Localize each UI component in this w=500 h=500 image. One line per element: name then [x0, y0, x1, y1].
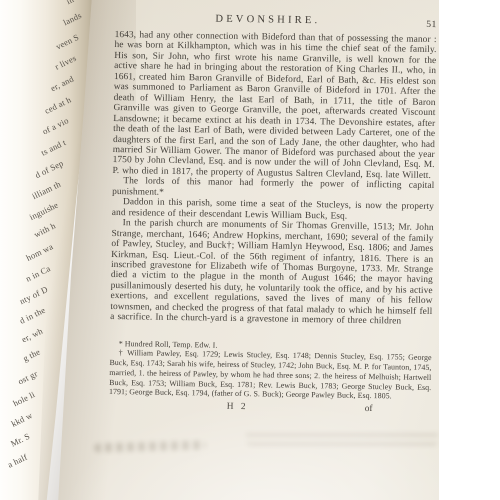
book-page: DEVONSHIRE. 51 1643, had any other conne…: [58, 0, 439, 500]
facing-fragment: a half: [0, 453, 29, 499]
book-photo: in 17 lands veen S r lives er, and ced a…: [0, 0, 500, 500]
photo-light-sheen: [58, 0, 439, 500]
